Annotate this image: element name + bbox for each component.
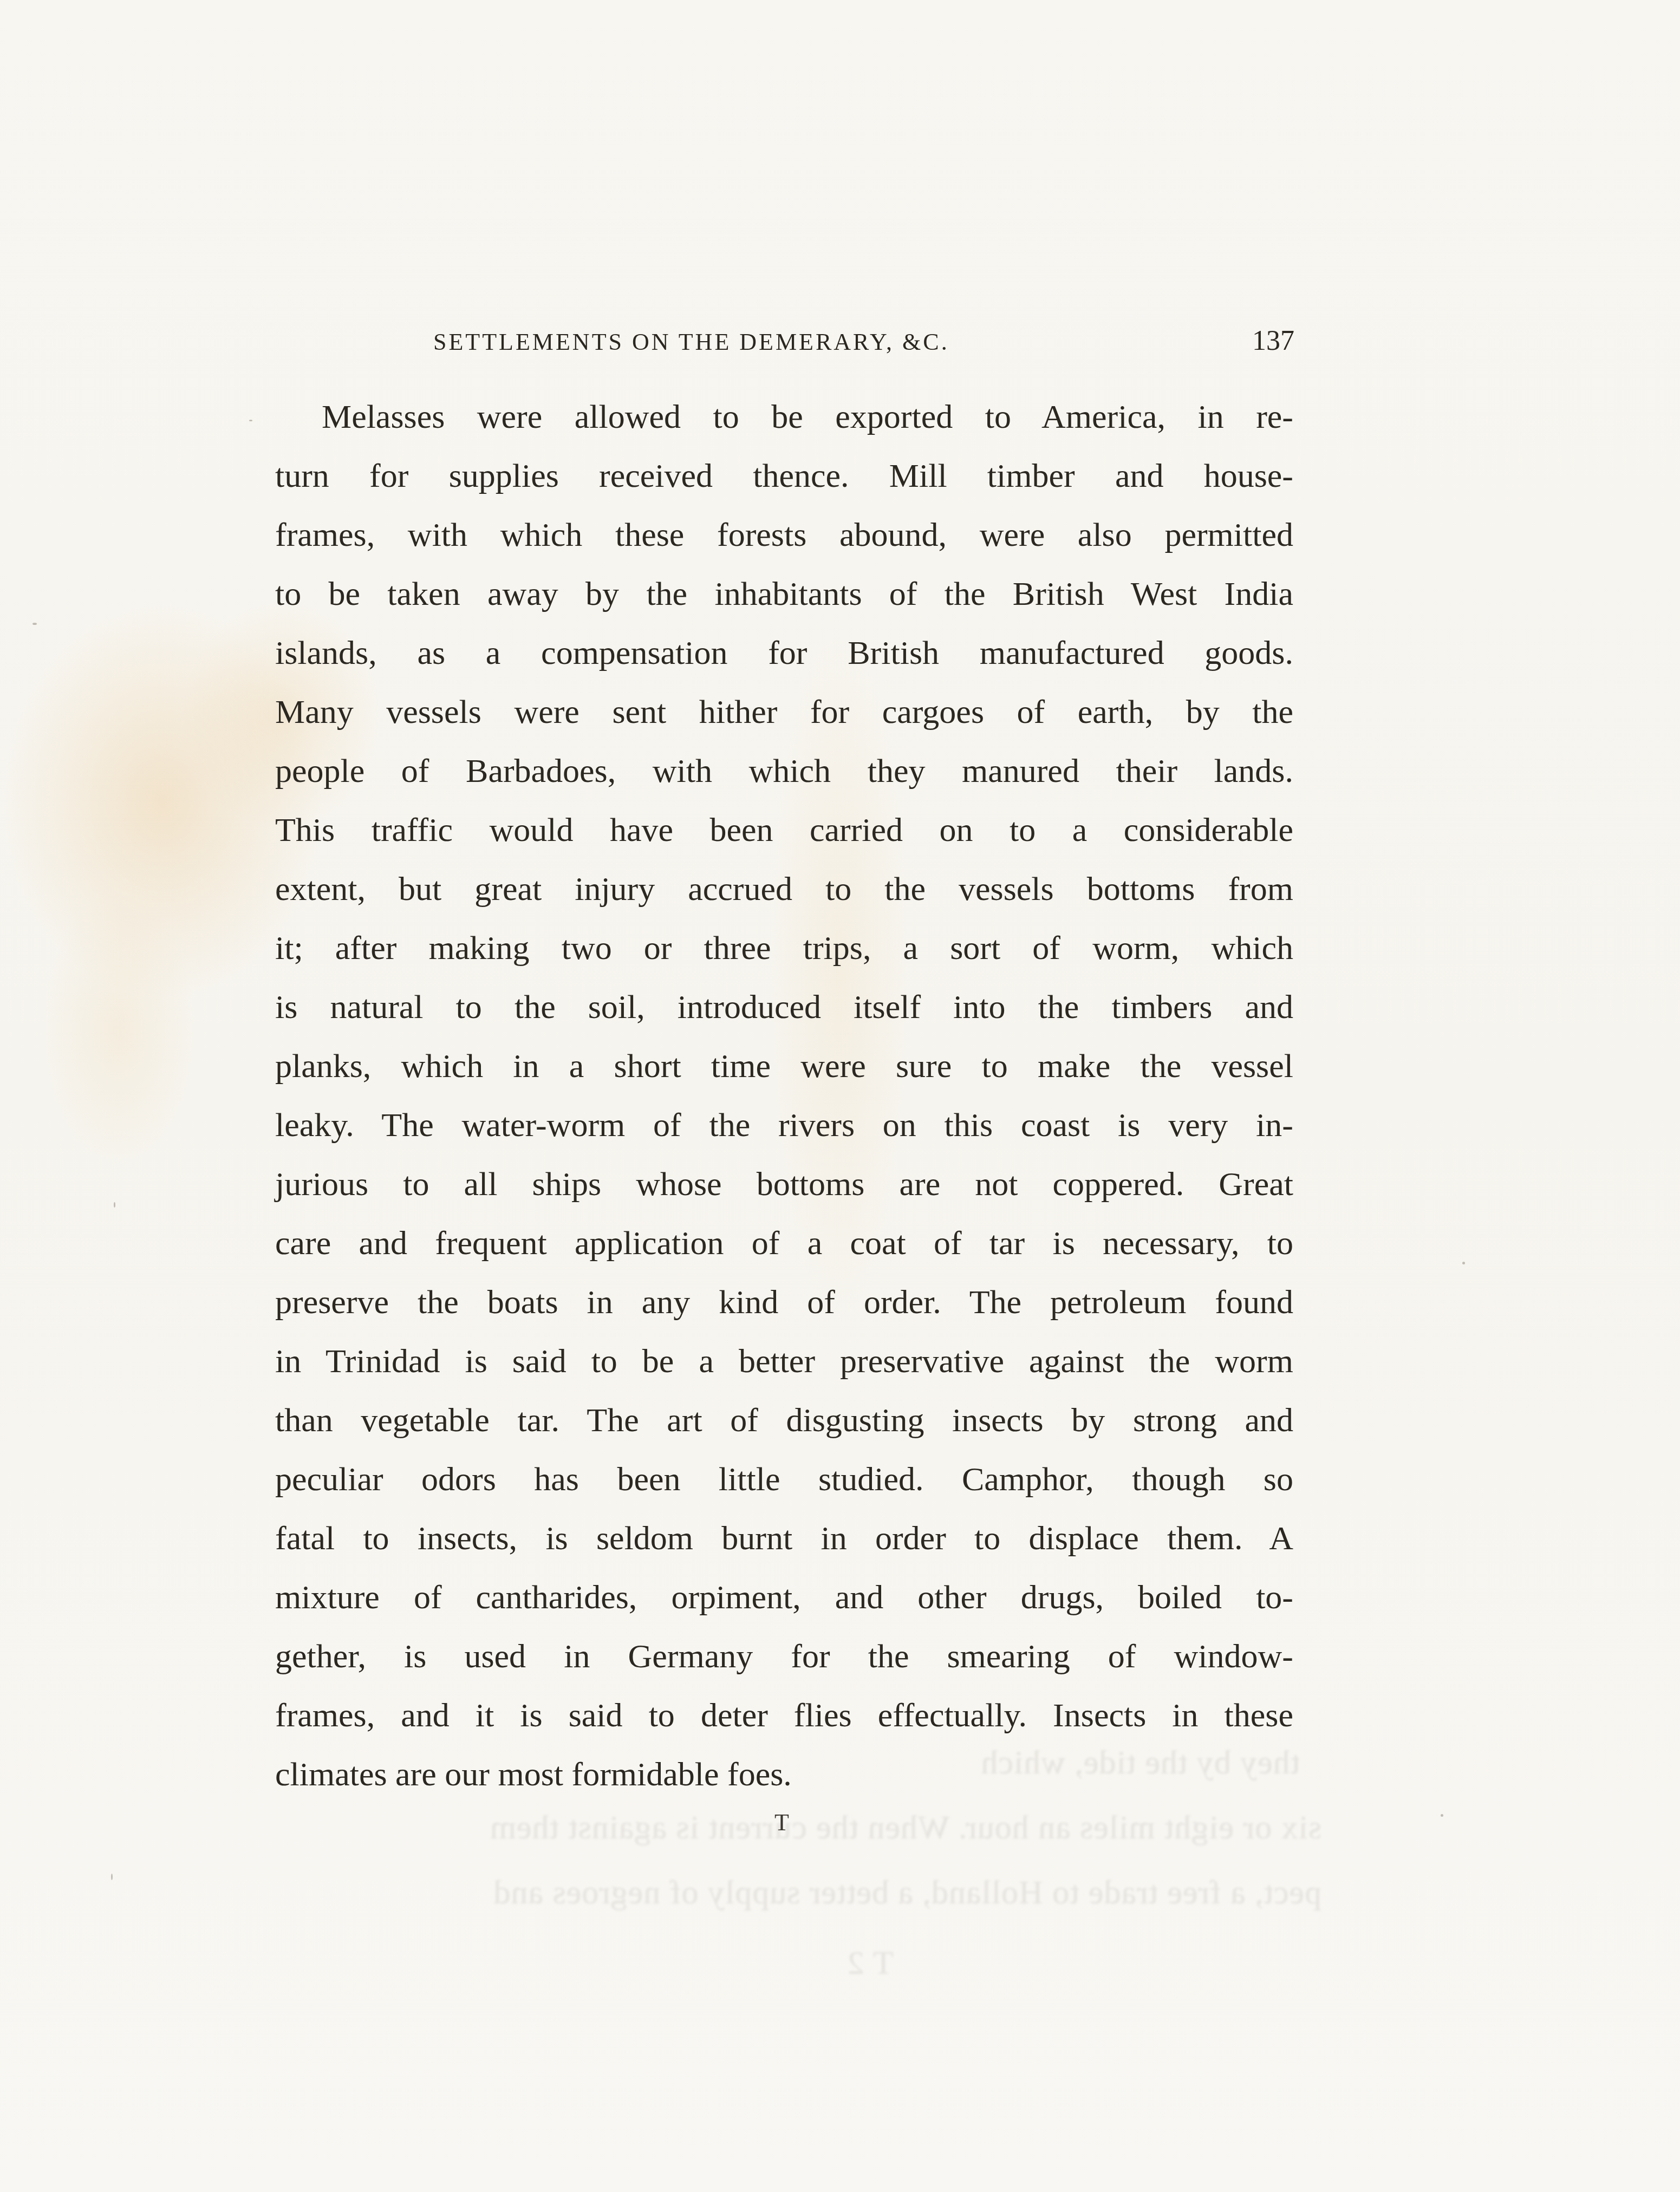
text-line: fatal to insects, is seldom burnt in ord… [275,1509,1293,1568]
paper-speck [111,1874,113,1880]
text-line: than vegetable tar. The art of disgustin… [275,1391,1293,1450]
text-line: planks, which in a short time were sure … [275,1037,1293,1096]
text-line: islands, as a compensation for British m… [275,624,1293,683]
text-line: turn for supplies received thence. Mill … [275,447,1293,506]
paper-speck [32,623,37,625]
show-through-text: pect, a free trade to Holland, a better … [292,1874,1321,1912]
show-through-text: T 2 [785,1944,894,1982]
text-line: preserve the boats in any kind of order.… [275,1273,1293,1332]
show-through-text: six or eight miles an hour. When the cur… [292,1809,1321,1847]
text-line: to be taken away by the inhabitants of t… [275,565,1293,624]
paper-speck [249,420,252,421]
paper-speck [1441,1814,1443,1817]
text-line: climates are our most formidable foes. [275,1745,1293,1804]
body-paragraph: Melasses were allowed to be exported to … [275,388,1293,1804]
text-line: people of Barbadoes, with which they man… [275,742,1293,801]
text-line: Many vessels were sent hither for cargoe… [275,683,1293,742]
text-line: in Trinidad is said to be a better prese… [275,1332,1293,1391]
text-line: Melasses were allowed to be exported to … [275,388,1293,447]
text-line: frames, with which these forests abound,… [275,506,1293,565]
signature-mark: T [774,1809,789,1836]
text-line: frames, and it is said to deter flies ef… [275,1686,1293,1745]
text-line: leaky. The water-worm of the rivers on t… [275,1096,1293,1155]
text-line: care and frequent application of a coat … [275,1214,1293,1273]
running-title: SETTLEMENTS ON THE DEMERARY, &C. [433,328,949,356]
text-line: This traffic would have been carried on … [275,801,1293,860]
text-line: it; after making two or three trips, a s… [275,919,1293,978]
page-header: SETTLEMENTS ON THE DEMERARY, &C. 137 [433,325,1294,363]
paper-speck [114,1202,115,1208]
text-line: is natural to the soil, introduced itsel… [275,978,1293,1037]
page-number: 137 [1252,325,1294,357]
text-line: extent, but great injury accrued to the … [275,860,1293,919]
text-line: jurious to all ships whose bottoms are n… [275,1155,1293,1214]
paper-speck [1462,1262,1465,1264]
text-line: peculiar odors has been little studied. … [275,1450,1293,1509]
text-line: gether, is used in Germany for the smear… [275,1627,1293,1686]
text-line: mixture of cantharides, orpiment, and ot… [275,1568,1293,1627]
